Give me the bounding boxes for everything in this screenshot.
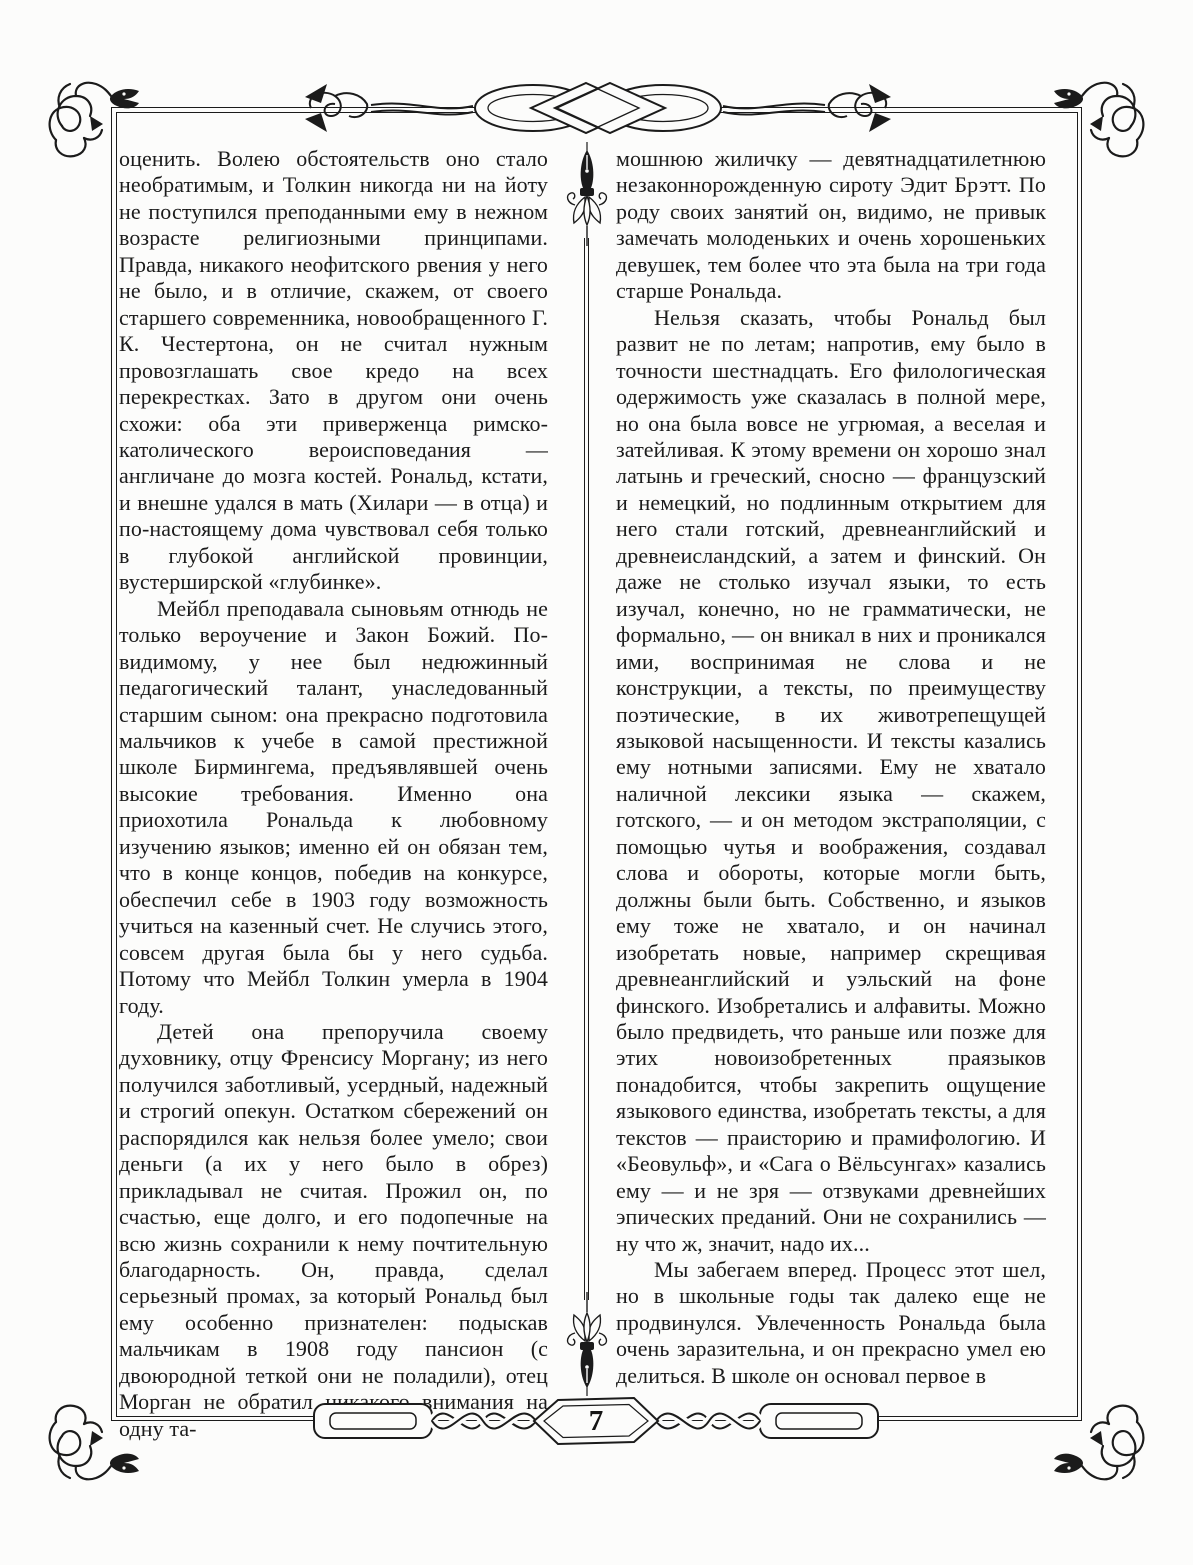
corner-beast-ornament-bottom-right xyxy=(1049,1394,1149,1484)
column-left: оценить. Волею обстоятельств оно стало н… xyxy=(119,146,548,1442)
body-paragraph: Мейбл преподавала сыновьям отнюдь не тол… xyxy=(119,596,548,1019)
column-divider-line xyxy=(584,238,589,1300)
pen-nib-ornament-bottom xyxy=(565,1292,609,1396)
body-paragraph: мошнюю жиличку — девятнадцатилетнюю неза… xyxy=(616,146,1046,305)
pen-nib-ornament-top xyxy=(565,142,609,246)
book-page: оценить. Волею обстоятельств оно стало н… xyxy=(0,0,1193,1565)
column-right: мошнюю жиличку — девятнадцатилетнюю неза… xyxy=(616,146,1046,1389)
celtic-knot-top-ornament xyxy=(283,76,913,140)
page-number: 7 xyxy=(566,1403,626,1439)
body-paragraph: оценить. Волею обстоятельств оно стало н… xyxy=(119,146,548,596)
body-paragraph: Детей она препоручила своему духовнику, … xyxy=(119,1019,548,1442)
body-paragraph: Мы забегаем вперед. Процесс этот шел, но… xyxy=(616,1257,1046,1389)
body-paragraph: Нельзя сказать, чтобы Рональд был развит… xyxy=(616,305,1046,1257)
corner-beast-ornament-top-right xyxy=(1049,78,1149,168)
